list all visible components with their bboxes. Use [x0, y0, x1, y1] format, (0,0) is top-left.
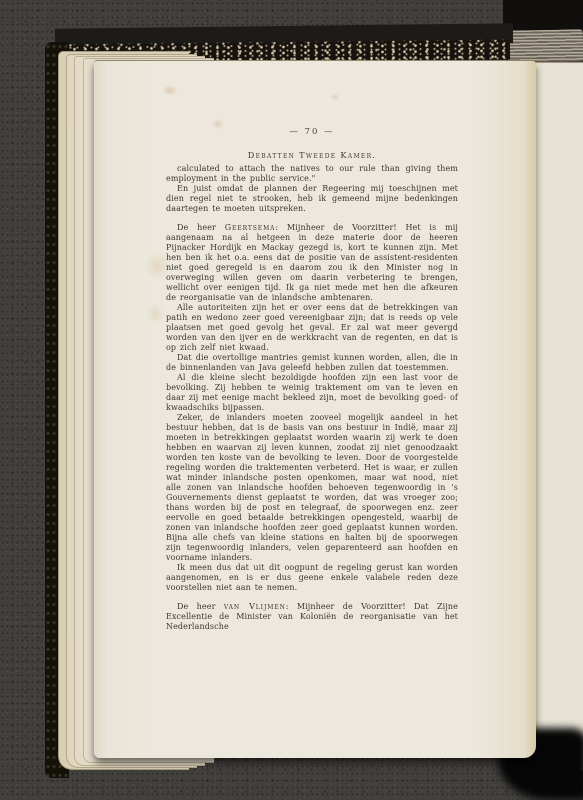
foxing-stain	[162, 85, 178, 96]
paragraph-text: : Mijnheer de Voorzitter! Het is mij aan…	[166, 223, 458, 302]
page-fore-edge-top-right	[508, 29, 583, 62]
paragraph-text: Ik meen dus dat uit dit oogpunt de regel…	[166, 563, 458, 592]
paragraph-text: En juist omdat de plannen der Regeering …	[166, 184, 458, 213]
paragraph: Al die kleine slecht bezoldigde hoofden …	[166, 373, 458, 413]
paragraph: En juist omdat de plannen der Regeering …	[166, 184, 458, 214]
paragraph-text: calculated to attach the natives to our …	[166, 164, 458, 183]
running-header: Debatten Tweede Kamer.	[166, 150, 458, 160]
speaker-name: van Vlijmen	[224, 602, 286, 611]
paragraph-text: Alle autoriteiten zijn het er over eens …	[166, 303, 458, 352]
paragraph: calculated to attach the natives to our …	[166, 164, 458, 184]
paragraph: Zeker, de inlanders moeten zooveel mogel…	[166, 413, 458, 563]
paragraph: Ik meen dus dat uit dit oogpunt de regel…	[166, 563, 458, 593]
photo-backdrop: — 70 — Debatten Tweede Kamer. calculated…	[0, 0, 583, 800]
foxing-stain	[146, 303, 164, 325]
text-column: — 70 — Debatten Tweede Kamer. calculated…	[166, 127, 458, 632]
paragraph-text: Dat die overtollige mantries gemist kunn…	[166, 353, 458, 372]
foxing-stain	[330, 93, 340, 101]
paragraph-text: Zeker, de inlanders moeten zooveel mogel…	[166, 413, 458, 562]
paragraph: Alle autoriteiten zijn het er over eens …	[166, 303, 458, 353]
speaker-prefix: De heer	[177, 602, 224, 611]
paragraph: De heer Geertsema: Mijnheer de Voorzitte…	[166, 223, 458, 303]
book-page: — 70 — Debatten Tweede Kamer. calculated…	[94, 60, 536, 758]
speaker-prefix: De heer	[177, 223, 225, 232]
paragraph-text: Al die kleine slecht bezoldigde hoofden …	[166, 373, 458, 412]
page-number: — 70 —	[166, 127, 458, 137]
facing-page	[531, 62, 583, 771]
speaker-name: Geertsema	[225, 223, 276, 232]
paragraph: De heer van Vlijmen: Mijnheer de Voorzit…	[166, 602, 458, 632]
paragraph: Dat die overtollige mantries gemist kunn…	[166, 353, 458, 373]
